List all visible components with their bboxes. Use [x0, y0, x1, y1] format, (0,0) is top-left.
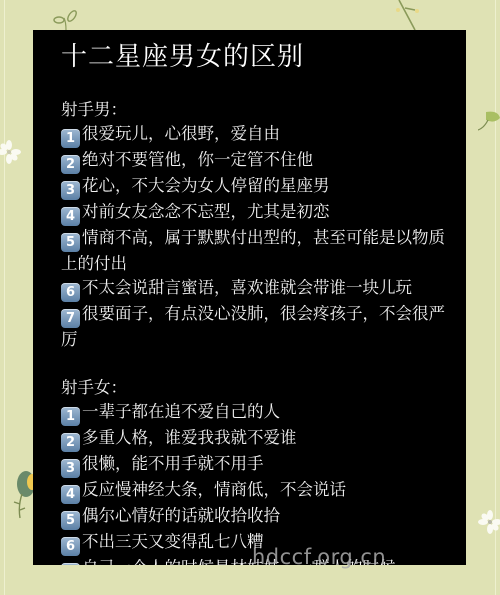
section-sagittarius-female: 射手女： 1一辈子都在追不爱自己的人 2多重人格，谁爱我我就不爱谁 3很懒，能不… — [61, 376, 461, 565]
item-text: 多重人格，谁爱我我就不爱谁 — [82, 428, 297, 447]
leaf-icon — [478, 110, 500, 132]
number-badge-icon: 4 — [61, 485, 80, 504]
number-badge-icon: 1 — [61, 129, 80, 148]
list-item: 5偶尔心情好的话就收拾收拾 — [61, 504, 461, 530]
number-badge-icon: 2 — [61, 155, 80, 174]
list-item: 2多重人格，谁爱我我就不爱谁 — [61, 426, 461, 452]
border-line-left — [4, 0, 5, 595]
item-text: 情商不高，属于默默付出型的，甚至可能是以物质上的付出 — [61, 228, 445, 273]
number-badge-icon: 6 — [61, 283, 80, 302]
item-text: 很爱玩儿，心很野，爱自由 — [82, 124, 280, 143]
item-text: 绝对不要管他，你一定管不住他 — [82, 150, 313, 169]
flower-bud-icon — [8, 470, 36, 520]
spacer — [61, 352, 461, 376]
watermark: hdccf.org.cn — [252, 545, 386, 569]
item-text: 不太会说甜言蜜语，喜欢谁就会带谁一块儿玩 — [82, 278, 412, 297]
number-badge-icon: 5 — [61, 233, 80, 252]
item-text: 对前女友念念不忘型，尤其是初恋 — [82, 202, 330, 221]
list-item: 3花心，不大会为女人停留的星座男 — [61, 174, 461, 200]
list-item: 3很懒，能不用手就不用手 — [61, 452, 461, 478]
number-badge-icon: 3 — [61, 181, 80, 200]
list-item: 1很爱玩儿，心很野，爱自由 — [61, 122, 461, 148]
list-item: 5情商不高，属于默默付出型的，甚至可能是以物质上的付出 — [61, 226, 461, 276]
page-title: 十二星座男女的区别 — [61, 36, 304, 73]
content-panel: 十二星座男女的区别 射手男： 1很爱玩儿，心很野，爱自由 2绝对不要管他，你一定… — [33, 30, 466, 565]
sprout-icon — [52, 8, 82, 32]
section-heading: 射手男： — [61, 98, 461, 122]
section-heading: 射手女： — [61, 376, 461, 400]
list-item: 2绝对不要管他，你一定管不住他 — [61, 148, 461, 174]
number-badge-icon: 6 — [61, 537, 80, 556]
number-badge-icon: 7 — [61, 309, 80, 328]
list-item: 4对前女友念念不忘型，尤其是初恋 — [61, 200, 461, 226]
item-text: 一辈子都在追不爱自己的人 — [82, 402, 280, 421]
number-badge-icon: 4 — [61, 207, 80, 226]
flower-icon — [0, 140, 22, 164]
list-item: 4反应慢神经大条，情商低，不会说话 — [61, 478, 461, 504]
number-badge-icon: 3 — [61, 459, 80, 478]
item-text: 不出三天又变得乱七八糟 — [82, 532, 264, 551]
item-text: 花心，不大会为女人停留的星座男 — [82, 176, 330, 195]
border-line-right — [495, 0, 496, 595]
number-badge-icon: 7 — [61, 563, 80, 565]
item-text: 偶尔心情好的话就收拾收拾 — [82, 506, 280, 525]
item-text: 很懒，能不用手就不用手 — [82, 454, 264, 473]
item-text: 很要面子，有点没心没肺，很会疼孩子，不会很严厉 — [61, 304, 445, 349]
number-badge-icon: 2 — [61, 433, 80, 452]
list-item: 7很要面子，有点没心没肺，很会疼孩子，不会很严厉 — [61, 302, 461, 352]
twig-icon — [395, 0, 425, 32]
number-badge-icon: 1 — [61, 407, 80, 426]
list-item: 1一辈子都在追不爱自己的人 — [61, 400, 461, 426]
item-text: 反应慢神经大条，情商低，不会说话 — [82, 480, 346, 499]
number-badge-icon: 5 — [61, 511, 80, 530]
list-item: 6不太会说甜言蜜语，喜欢谁就会带谁一块儿玩 — [61, 276, 461, 302]
flower-icon — [476, 510, 500, 534]
content-body: 射手男： 1很爱玩儿，心很野，爱自由 2绝对不要管他，你一定管不住他 3花心，不… — [61, 98, 461, 565]
section-sagittarius-male: 射手男： 1很爱玩儿，心很野，爱自由 2绝对不要管他，你一定管不住他 3花心，不… — [61, 98, 461, 352]
